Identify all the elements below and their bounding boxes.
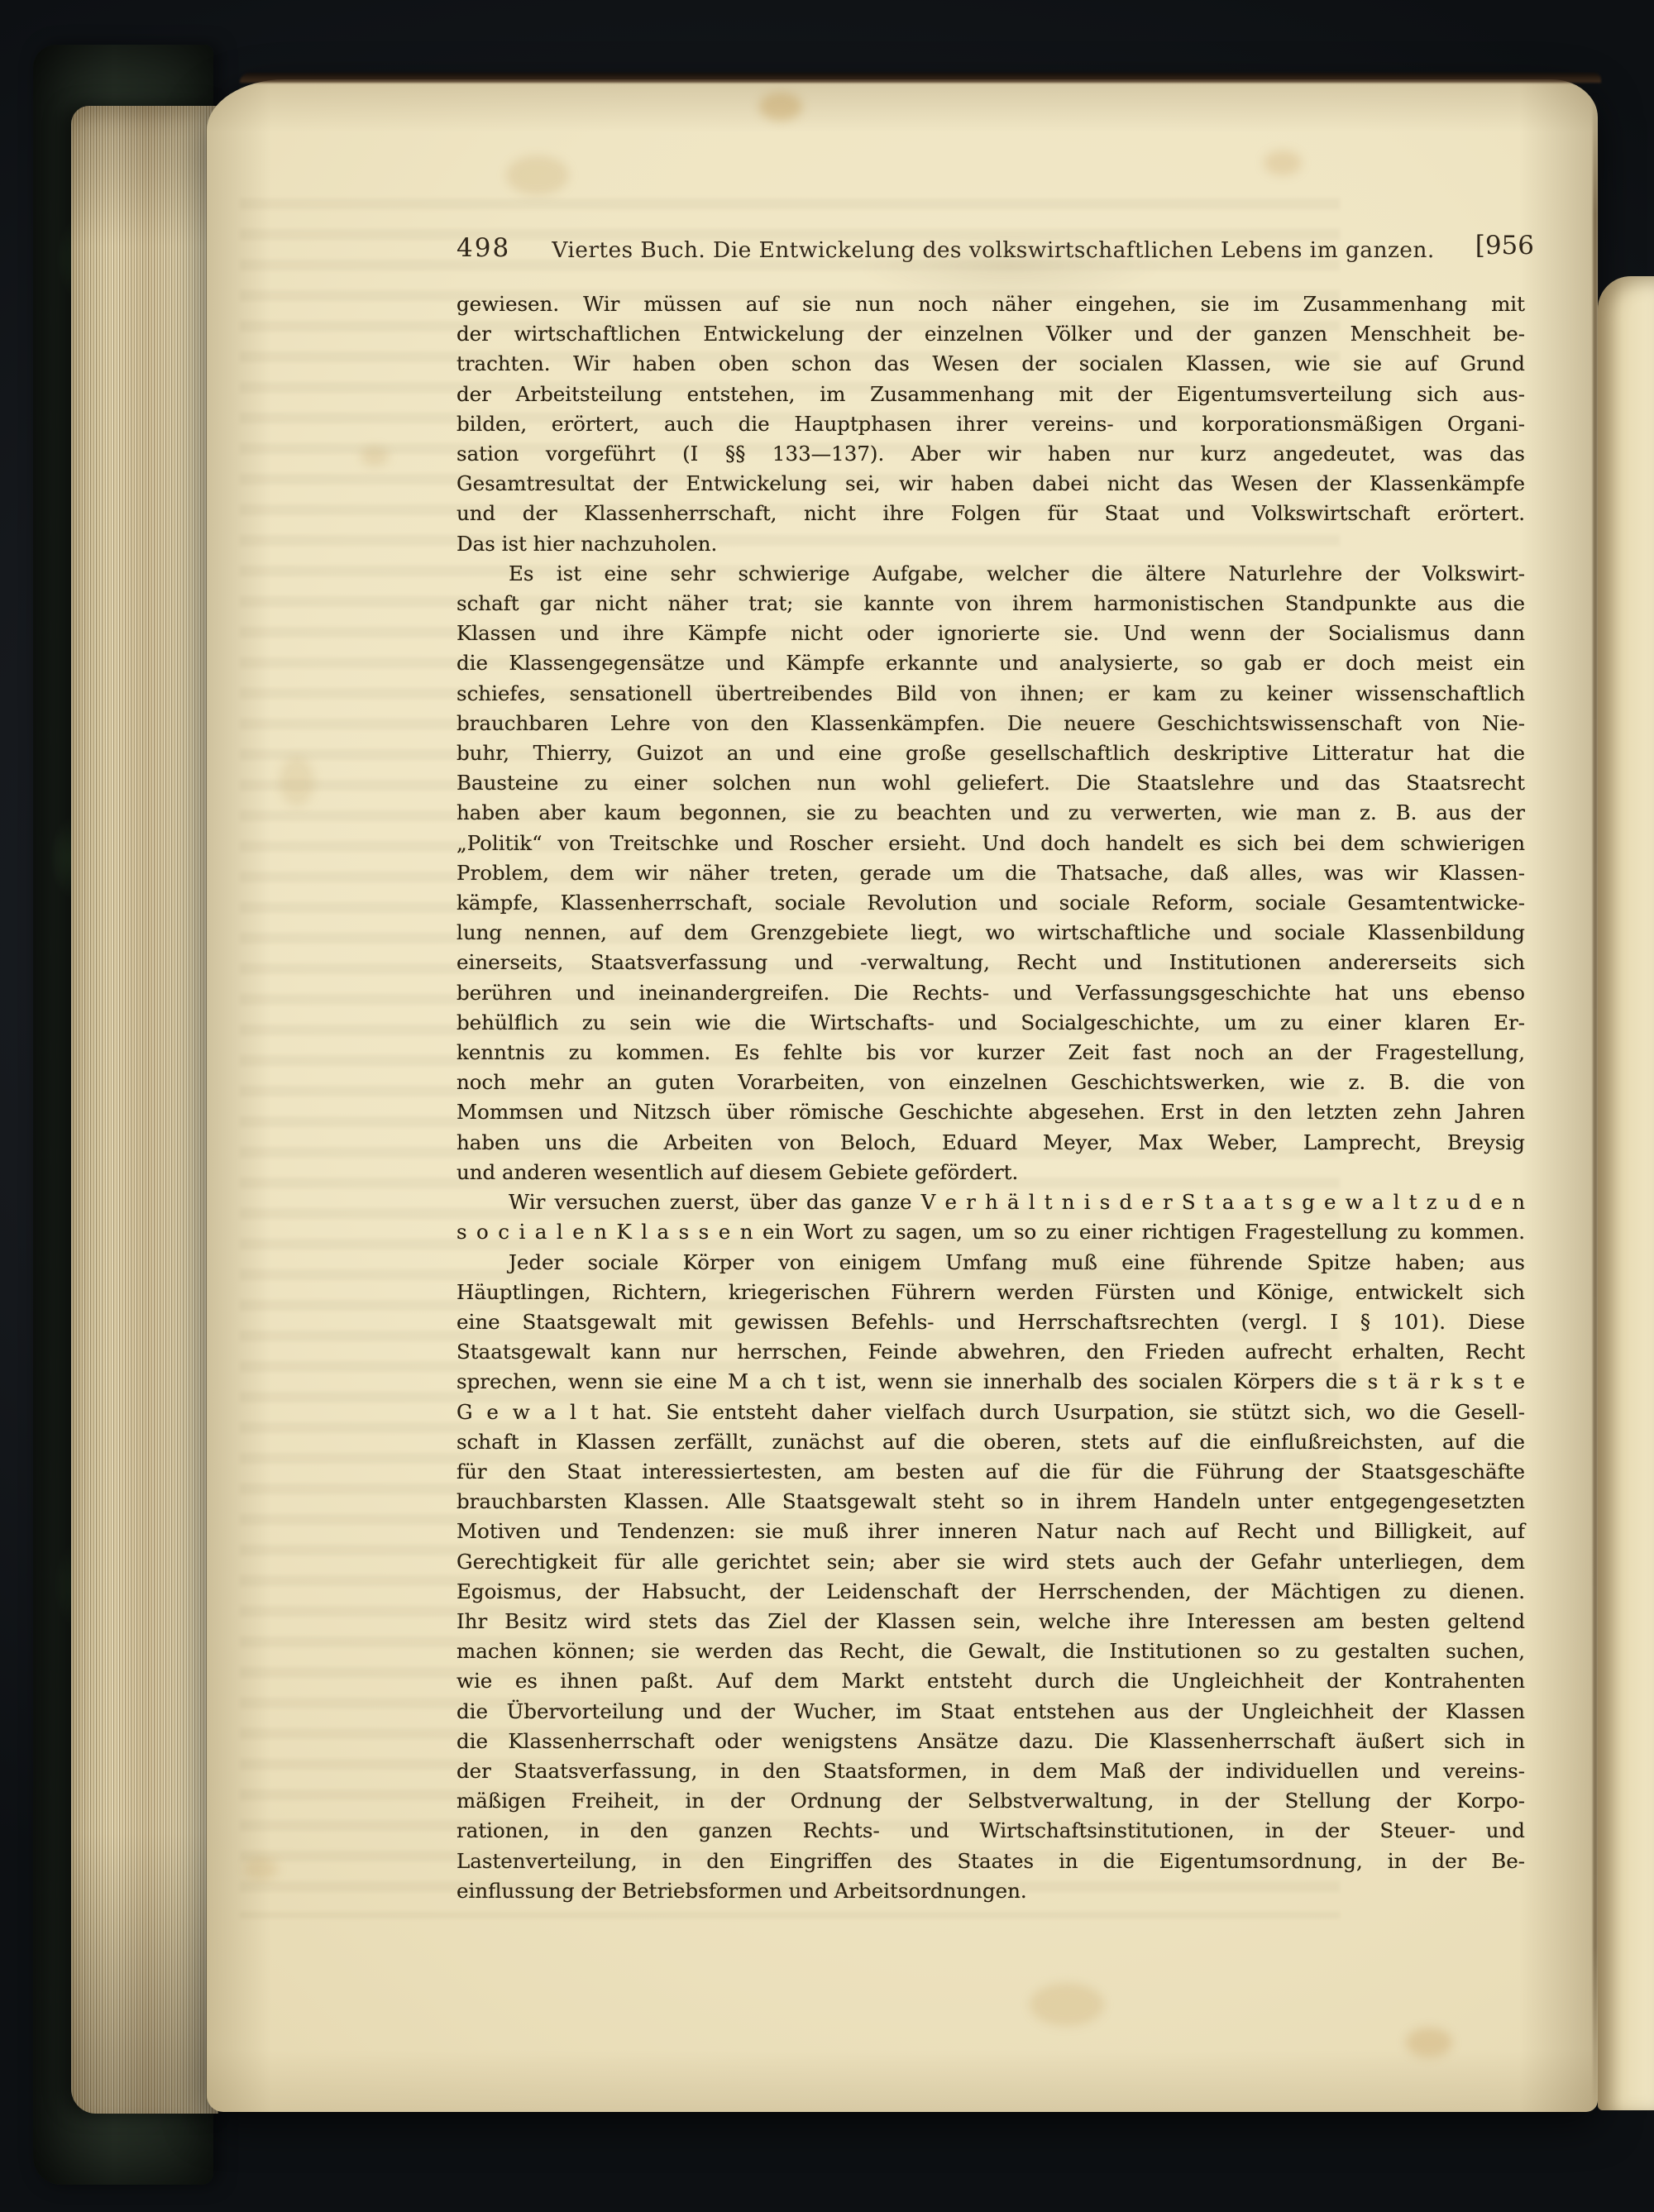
text-line: für den Staat interessiertesten, am best… [457, 1457, 1525, 1487]
text-line: Problem, dem wir näher treten, gerade um… [457, 858, 1525, 888]
text-line: Gerechtigkeit für alle gerichtet sein; a… [457, 1547, 1525, 1577]
text-line: sation vorgeführt (I §§ 133—137). Aber w… [457, 439, 1525, 469]
text-line: s o c i a l e n K l a s s e n ein Wort z… [457, 1217, 1525, 1247]
text-line: der wirtschaftlichen Entwickelung der ei… [457, 319, 1525, 349]
text-line: trachten. Wir haben oben schon das Wesen… [457, 349, 1525, 379]
text-line: die Klassenherrschaft oder wenigstens An… [457, 1727, 1525, 1756]
adjacent-page-edge [1598, 276, 1654, 2110]
text-line: buhr, Thierry, Guizot an und eine große … [457, 738, 1525, 768]
text-line: Klassen und ihre Kämpfe nicht oder ignor… [457, 619, 1525, 648]
paragraph: gewiesen. Wir müssen auf sie nun noch nä… [457, 289, 1525, 559]
text-line: brauchbaren Lehre von den Klassenkämpfen… [457, 709, 1525, 738]
paragraph: Wir versuchen zuerst, über das ganze V e… [457, 1187, 1525, 1247]
text-line: Gesamtresultat der Entwickelung sei, wir… [457, 469, 1525, 499]
text-line: einerseits, Staatsverfassung und -verwal… [457, 948, 1525, 977]
text-line: wie es ihnen paßt. Auf dem Markt entsteh… [457, 1666, 1525, 1696]
paragraph: Jeder sociale Körper von einigem Umfang … [457, 1248, 1525, 1906]
text-line: rationen, in den ganzen Rechts- und Wirt… [457, 1816, 1525, 1846]
text-line: bilden, erörtert, auch die Hauptphasen i… [457, 409, 1525, 439]
text-line: einflussung der Betriebsformen und Arbei… [457, 1876, 1525, 1906]
text-line: Lastenverteilung, in den Eingriffen des … [457, 1847, 1525, 1876]
text-line: „Politik“ von Treitschke und Roscher ers… [457, 829, 1525, 858]
text-line: die Klassengegensätze und Kämpfe erkannt… [457, 648, 1525, 678]
book-page: 498 Viertes Buch. Die Entwickelung des v… [207, 79, 1598, 2112]
text-line: Staatsgewalt kann nur herrschen, Feinde … [457, 1337, 1525, 1367]
text-line: die Übervorteilung und der Wucher, im St… [457, 1697, 1525, 1727]
column-reference: [956 [1475, 231, 1534, 260]
text-line: Motiven und Tendenzen: sie muß ihrer inn… [457, 1517, 1525, 1546]
text-line: und der Klassenherrschaft, nicht ihre Fo… [457, 499, 1525, 528]
page-text: gewiesen. Wir müssen auf sie nun noch nä… [457, 289, 1525, 1906]
text-line: eine Staatsgewalt mit gewissen Befehls- … [457, 1307, 1525, 1337]
text-line: Mommsen und Nitzsch über römische Geschi… [457, 1097, 1525, 1127]
text-line: kämpfe, Klassenherrschaft, sociale Revol… [457, 888, 1525, 918]
text-line: sprechen, wenn sie eine M a ch t ist, we… [457, 1367, 1525, 1397]
text-line: Jeder sociale Körper von einigem Umfang … [457, 1248, 1525, 1278]
text-line: Das ist hier nachzuholen. [457, 529, 1525, 559]
text-line: schiefes, sensationell übertreibendes Bi… [457, 679, 1525, 709]
text-line: kenntnis zu kommen. Es fehlte bis vor ku… [457, 1038, 1525, 1068]
text-line: der Arbeitsteilung entstehen, im Zusamme… [457, 380, 1525, 409]
text-line: machen können; sie werden das Recht, die… [457, 1636, 1525, 1666]
page-block-fore-edge [71, 106, 218, 2114]
text-line: der Staatsverfassung, in den Staatsforme… [457, 1756, 1525, 1786]
text-line: Ihr Besitz wird stets das Ziel der Klass… [457, 1607, 1525, 1636]
text-line: behülflich zu sein wie die Wirtschafts- … [457, 1008, 1525, 1038]
text-line: Häuptlingen, Richtern, kriegerischen Füh… [457, 1278, 1525, 1307]
text-line: schaft in Klassen zerfällt, zunächst auf… [457, 1427, 1525, 1457]
text-line: G e w a l t hat. Sie entsteht daher viel… [457, 1397, 1525, 1427]
text-line: Bausteine zu einer solchen nun wohl geli… [457, 768, 1525, 798]
text-line: Es ist eine sehr schwierige Aufgabe, wel… [457, 559, 1525, 589]
paragraph: Es ist eine sehr schwierige Aufgabe, wel… [457, 559, 1525, 1187]
book-photograph: 498 Viertes Buch. Die Entwickelung des v… [0, 0, 1654, 2212]
text-line: haben uns die Arbeiten von Beloch, Eduar… [457, 1128, 1525, 1158]
text-line: Wir versuchen zuerst, über das ganze V e… [457, 1187, 1525, 1217]
running-title: Viertes Buch. Die Entwickelung des volks… [538, 237, 1449, 263]
text-line: haben aber kaum begonnen, sie zu beachte… [457, 798, 1525, 828]
text-line: berühren und ineinandergreifen. Die Rech… [457, 978, 1525, 1008]
page-number: 498 [457, 233, 510, 263]
text-line: mäßigen Freiheit, in der Ordnung der Sel… [457, 1786, 1525, 1816]
text-line: schaft gar nicht näher trat; sie kannte … [457, 589, 1525, 619]
text-line: Egoismus, der Habsucht, der Leidenschaft… [457, 1577, 1525, 1607]
text-line: lung nennen, auf dem Grenzgebiete liegt,… [457, 918, 1525, 948]
text-line: gewiesen. Wir müssen auf sie nun noch nä… [457, 289, 1525, 319]
text-line: noch mehr an guten Vorarbeiten, von einz… [457, 1068, 1525, 1097]
text-line: brauchbarsten Klassen. Alle Staatsgewalt… [457, 1487, 1525, 1517]
text-line: und anderen wesentlich auf diesem Gebiet… [457, 1158, 1525, 1187]
